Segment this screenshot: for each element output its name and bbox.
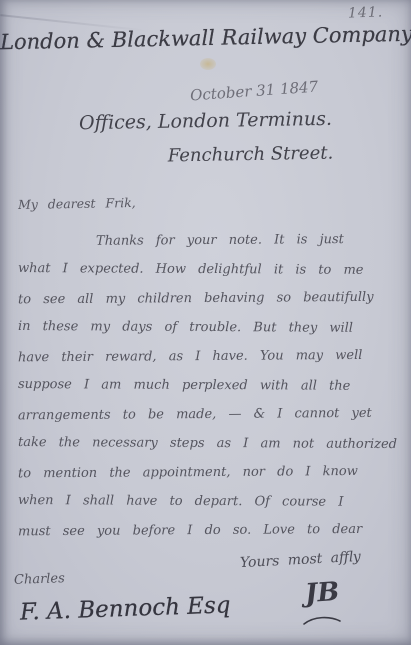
body-line: when I shall have to depart. Of course I	[18, 486, 398, 517]
letterhead-offices-line: Offices, London Terminus.	[0, 106, 411, 135]
body-line: must see you before I do so. Love to dea…	[18, 515, 398, 547]
salutation: My dearest Frik,	[18, 195, 136, 212]
signature-flourish	[300, 614, 346, 628]
body-line: what I expected. How delightful it is to…	[18, 254, 398, 285]
archive-number: 141.	[348, 4, 384, 21]
body-line: suppose I am much perplexed with all the	[18, 370, 398, 401]
body-continuation-name: Charles	[14, 571, 65, 588]
letter-page: { "document": { "archive_number": "141."…	[0, 0, 411, 645]
body-line: to mention the appointment, nor do I kno…	[18, 457, 398, 489]
body-line: Thanks for your note. It is just	[18, 225, 398, 257]
body-line: arrangements to be made, — & I cannot ye…	[18, 399, 398, 431]
body-line: to see all my children behaving so beaut…	[18, 283, 398, 315]
signature-initials: JB	[304, 577, 340, 609]
letterhead-company-name: London & Blackwall Railway Company.	[0, 22, 411, 55]
letter-date: October 31 1847	[190, 78, 319, 105]
letter-body: Thanks for your note. It is just what I …	[18, 226, 398, 545]
paper-stain	[200, 58, 216, 70]
body-line: in these my days of trouble. But they wi…	[18, 312, 398, 343]
addressee-name: F. A. Bennoch Esq	[20, 592, 231, 625]
letterhead-street-line: Fenchurch Street.	[90, 141, 411, 168]
closing-valediction: Yours most affly	[240, 549, 361, 571]
body-line: have their reward, as I have. You may we…	[18, 341, 398, 373]
body-line: take the necessary steps as I am not aut…	[18, 428, 398, 459]
